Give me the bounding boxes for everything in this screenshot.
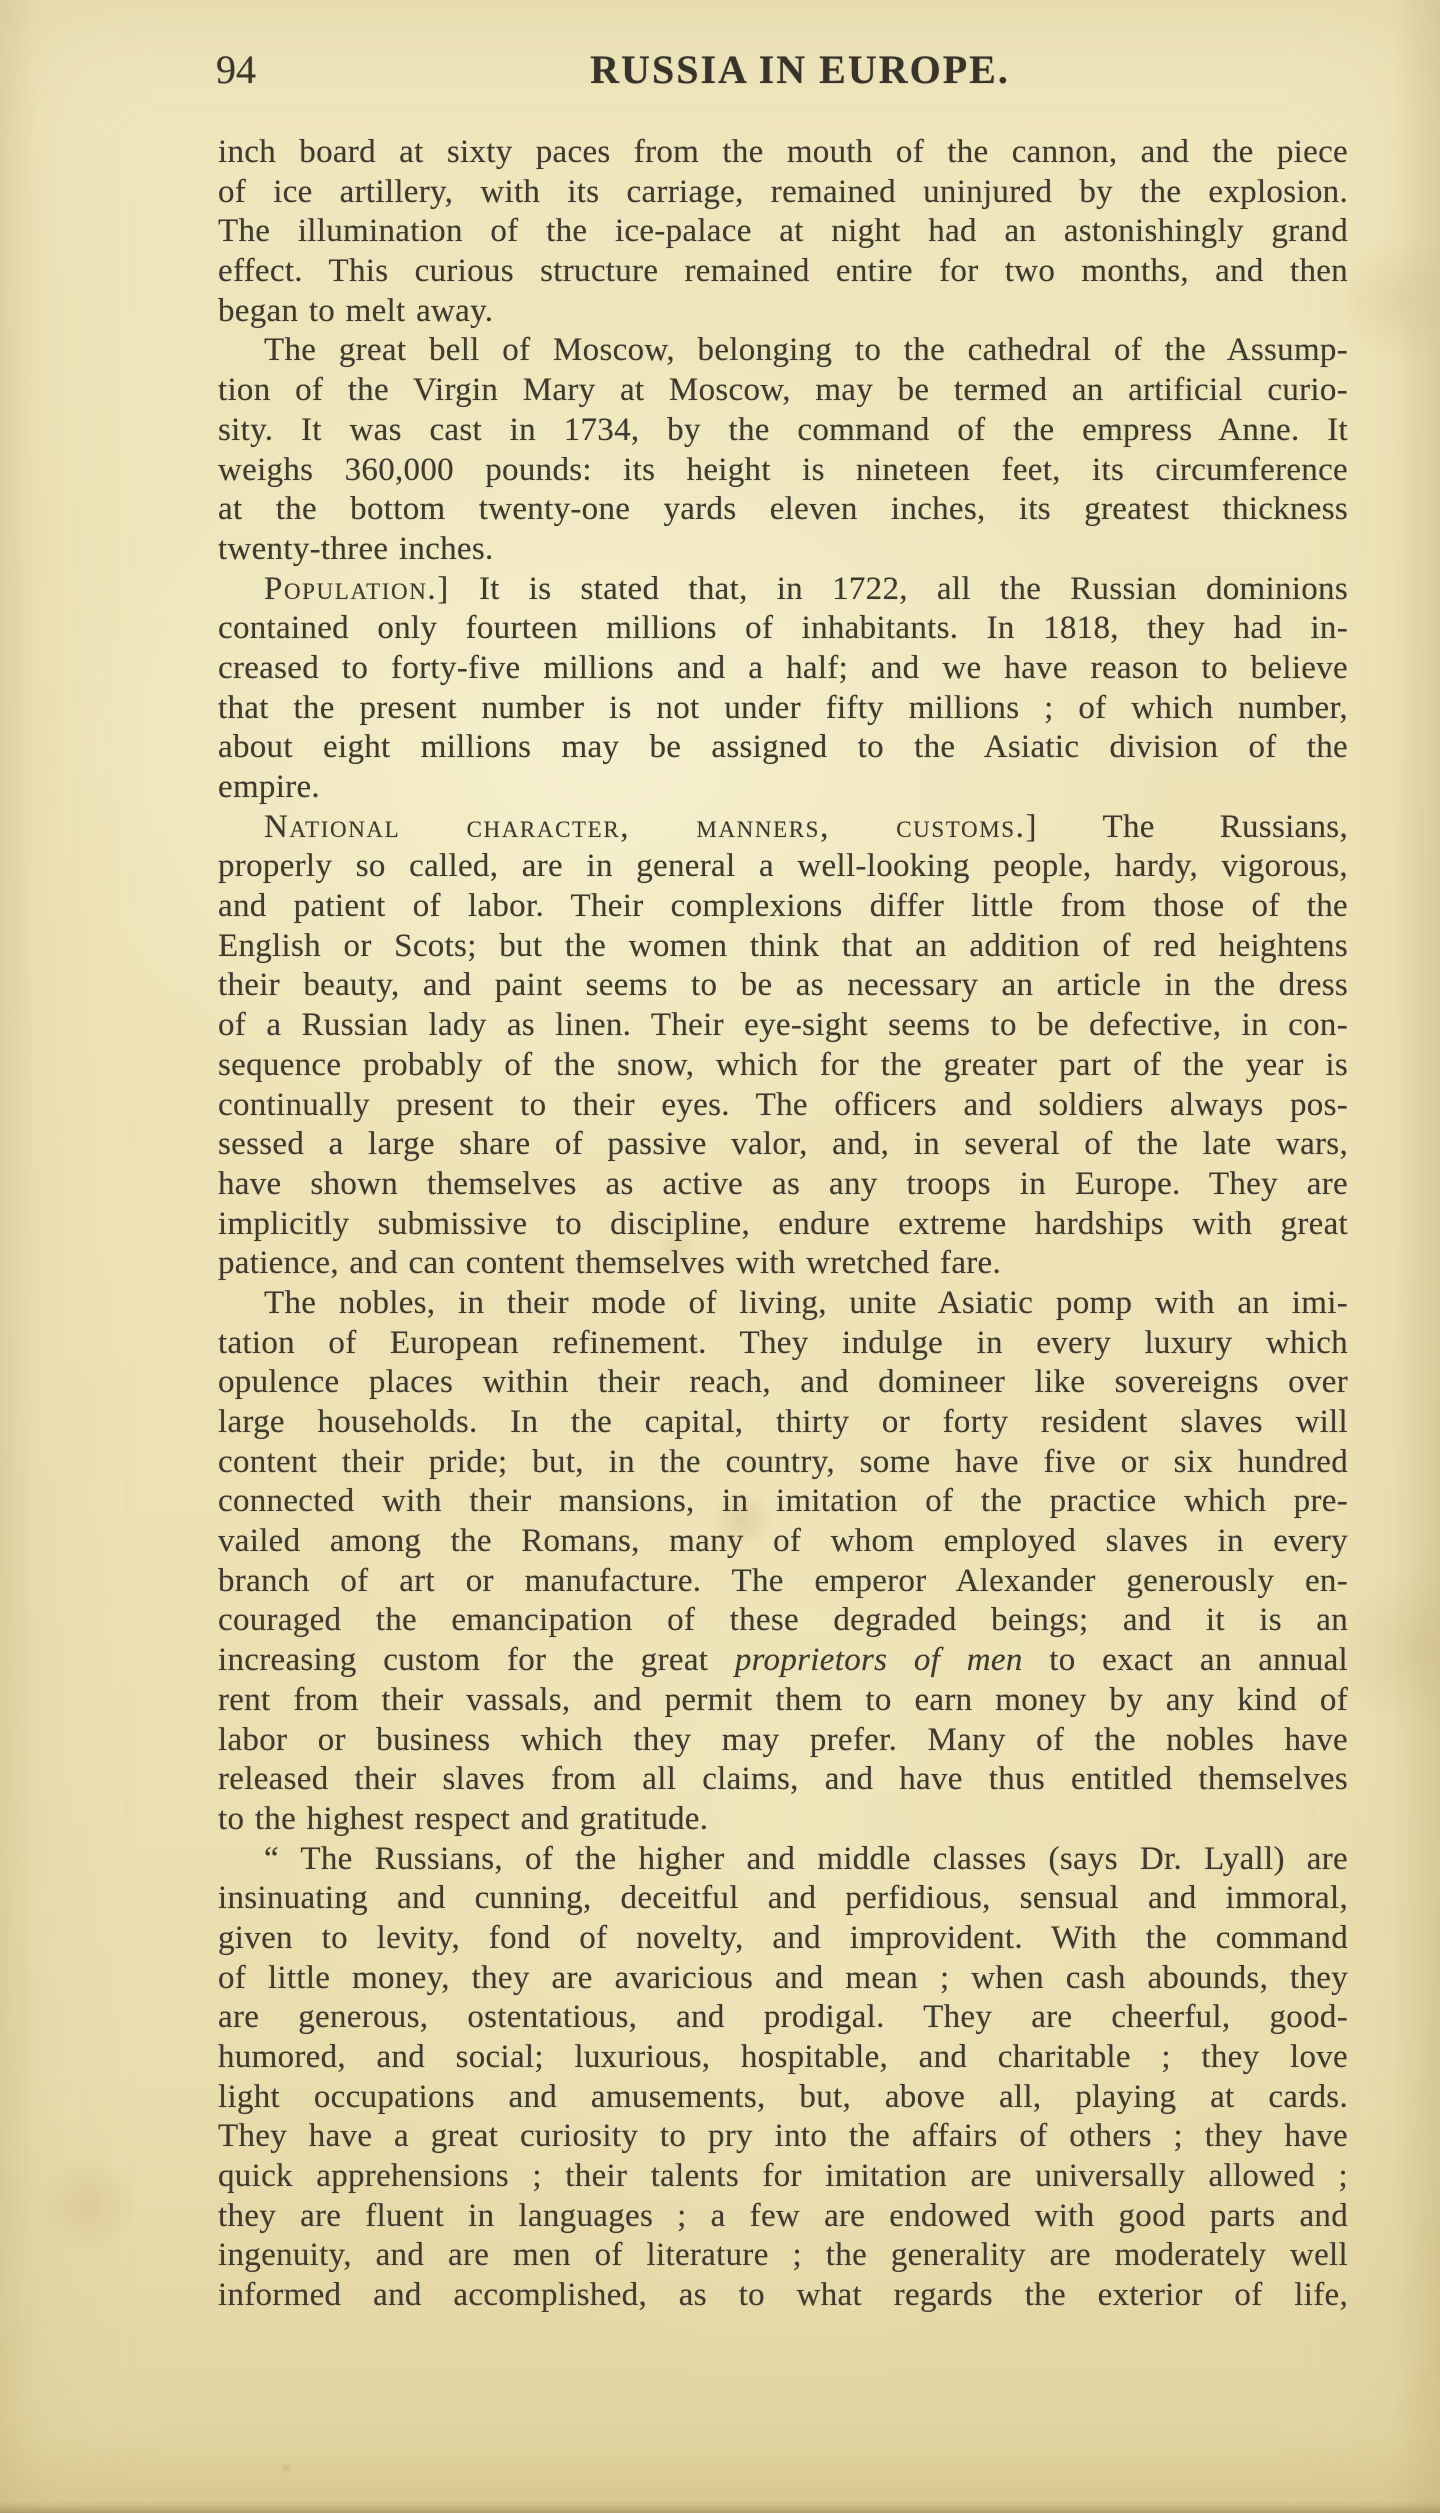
text-segment: empire. [218, 769, 320, 805]
text-line: of ice artillery, with its carriage, rem… [218, 173, 1348, 213]
text-segment: branch of art or manufacture. The empero… [218, 1563, 1348, 1599]
text-line: began to melt away. [218, 292, 1348, 332]
text-line: “ The Russians, of the higher and middle… [218, 1840, 1348, 1880]
text-segment: of ice artillery, with its carriage, rem… [218, 174, 1348, 210]
text-segment: ingenuity, and are men of literature ; t… [218, 2237, 1348, 2273]
text-segment: quick apprehensions ; their talents for … [218, 2158, 1348, 2194]
text-line: properly so called, are in general a wel… [218, 847, 1348, 887]
text-segment: vailed among the Romans, many of whom em… [218, 1523, 1348, 1559]
text-segment: insinuating and cunning, deceitful and p… [218, 1880, 1348, 1916]
text-line: of little money, they are avaricious and… [218, 1959, 1348, 1999]
text-segment: properly so called, are in general a wel… [218, 848, 1348, 884]
text-segment: increasing custom for the great [218, 1642, 735, 1678]
running-title: RUSSIA IN EUROPE. [590, 48, 1010, 92]
text-segment: couraged the emancipation of these degra… [218, 1602, 1348, 1638]
text-line: tion of the Virgin Mary at Moscow, may b… [218, 371, 1348, 411]
text-line: to the highest respect and gratitude. [218, 1800, 1348, 1840]
text-block: inch board at sixty paces from the mouth… [218, 133, 1348, 2316]
text-line: large households. In the capital, thirty… [218, 1403, 1348, 1443]
text-line: quick apprehensions ; their talents for … [218, 2157, 1348, 2197]
text-line: They have a great curiosity to pry into … [218, 2117, 1348, 2157]
text-line: informed and accomplished, as to what re… [218, 2276, 1348, 2316]
text-line: inch board at sixty paces from the mouth… [218, 133, 1348, 173]
italic-text: proprietors of men [735, 1642, 1023, 1678]
text-line: patience, and can content themselves wit… [218, 1244, 1348, 1284]
text-line: light occupations and amusements, but, a… [218, 2078, 1348, 2118]
text-line: about eight millions may be assigned to … [218, 728, 1348, 768]
text-segment: began to melt away. [218, 293, 493, 329]
text-segment: patience, and can content themselves wit… [218, 1245, 1001, 1281]
text-segment: and patient of labor. Their complexions … [218, 888, 1348, 924]
text-line: and patient of labor. Their complexions … [218, 887, 1348, 927]
text-segment: English or Scots; but the women think th… [218, 928, 1348, 964]
text-line: given to levity, fond of novelty, and im… [218, 1919, 1348, 1959]
text-segment: at the bottom twenty-one yards eleven in… [218, 491, 1348, 527]
text-segment: sequence probably of the snow, which for… [218, 1047, 1348, 1083]
text-segment: content their pride; but, in the country… [218, 1444, 1348, 1480]
paragraph: The great bell of Moscow, belonging to t… [218, 331, 1348, 569]
page-number: 94 [216, 50, 256, 90]
text-segment: sity. It was cast in 1734, by the comman… [218, 412, 1348, 448]
text-segment: twenty-three inches. [218, 531, 494, 567]
text-segment: humored, and social; luxurious, hospitab… [218, 2039, 1348, 2075]
text-segment: released their slaves from all claims, a… [218, 1761, 1348, 1797]
text-line: National character, manners, customs.] T… [218, 808, 1348, 848]
text-line: have shown themselves as active as any t… [218, 1165, 1348, 1205]
text-line: that the present number is not under fif… [218, 689, 1348, 729]
text-segment: They have a great curiosity to pry into … [218, 2118, 1348, 2154]
text-line: ingenuity, and are men of literature ; t… [218, 2236, 1348, 2276]
text-line: of a Russian lady as linen. Their eye-si… [218, 1006, 1348, 1046]
text-segment: inch board at sixty paces from the mouth… [218, 134, 1348, 170]
text-segment: “ The Russians, of the higher and middle… [264, 1841, 1348, 1877]
text-segment: their beauty, and paint seems to be as n… [218, 967, 1348, 1003]
text-line: continually present to their eyes. The o… [218, 1086, 1348, 1126]
paragraph: The nobles, in their mode of living, uni… [218, 1284, 1348, 1840]
text-line: humored, and social; luxurious, hospitab… [218, 2038, 1348, 2078]
text-segment: continually present to their eyes. The o… [218, 1087, 1348, 1123]
text-line: branch of art or manufacture. The empero… [218, 1562, 1348, 1602]
text-line: effect. This curious structure remained … [218, 252, 1348, 292]
text-segment: informed and accomplished, as to what re… [218, 2277, 1348, 2313]
text-segment: tion of the Virgin Mary at Moscow, may b… [218, 372, 1348, 408]
text-line: English or Scots; but the women think th… [218, 927, 1348, 967]
text-line: their beauty, and paint seems to be as n… [218, 966, 1348, 1006]
text-segment: The nobles, in their mode of living, uni… [264, 1285, 1348, 1321]
text-segment: light occupations and amusements, but, a… [218, 2079, 1348, 2115]
text-segment: contained only fourteen millions of inha… [218, 610, 1348, 646]
text-line: couraged the emancipation of these degra… [218, 1601, 1348, 1641]
text-segment: large households. In the capital, thirty… [218, 1404, 1348, 1440]
text-line: sity. It was cast in 1734, by the comman… [218, 411, 1348, 451]
text-segment: to the highest respect and gratitude. [218, 1801, 708, 1837]
text-line: content their pride; but, in the country… [218, 1443, 1348, 1483]
text-segment: that the present number is not under fif… [218, 690, 1348, 726]
text-segment: to exact an annual [1023, 1642, 1348, 1678]
text-line: sequence probably of the snow, which for… [218, 1046, 1348, 1086]
text-segment: It is stated that, in 1722, all the Russ… [450, 571, 1348, 607]
text-segment: given to levity, fond of novelty, and im… [218, 1920, 1348, 1956]
text-segment: sessed a large share of passive valor, a… [218, 1126, 1348, 1162]
text-line: sessed a large share of passive valor, a… [218, 1125, 1348, 1165]
paragraph: Population.] It is stated that, in 1722,… [218, 570, 1348, 808]
paragraph: National character, manners, customs.] T… [218, 808, 1348, 1284]
book-page: 94 RUSSIA IN EUROPE. inch board at sixty… [0, 0, 1440, 2513]
text-line: creased to forty-five millions and a hal… [218, 649, 1348, 689]
text-line: at the bottom twenty-one yards eleven in… [218, 490, 1348, 530]
text-segment: weighs 360,000 pounds: its height is nin… [218, 452, 1348, 488]
text-line: opulence places within their reach, and … [218, 1363, 1348, 1403]
smallcaps-text: Population.] [264, 571, 450, 607]
text-line: weighs 360,000 pounds: its height is nin… [218, 451, 1348, 491]
page-bottom-edge [0, 2501, 1440, 2513]
text-line: are generous, ostentatious, and prodigal… [218, 1998, 1348, 2038]
text-segment: labor or business which they may prefer.… [218, 1722, 1348, 1758]
text-line: insinuating and cunning, deceitful and p… [218, 1879, 1348, 1919]
text-line: vailed among the Romans, many of whom em… [218, 1522, 1348, 1562]
text-segment: of a Russian lady as linen. Their eye-si… [218, 1007, 1348, 1043]
text-line: connected with their mansions, in imitat… [218, 1482, 1348, 1522]
text-line: implicitly submissive to discipline, end… [218, 1205, 1348, 1245]
text-line: Population.] It is stated that, in 1722,… [218, 570, 1348, 610]
text-line: they are fluent in languages ; a few are… [218, 2197, 1348, 2237]
paragraph: inch board at sixty paces from the mouth… [218, 133, 1348, 331]
text-segment: rent from their vassals, and permit them… [218, 1682, 1348, 1718]
text-line: released their slaves from all claims, a… [218, 1760, 1348, 1800]
page-header: 94 RUSSIA IN EUROPE. [0, 0, 1440, 120]
text-segment: they are fluent in languages ; a few are… [218, 2198, 1348, 2234]
text-segment: of little money, they are avaricious and… [218, 1960, 1348, 1996]
text-line: tation of European refinement. They indu… [218, 1324, 1348, 1364]
text-line: The great bell of Moscow, belonging to t… [218, 331, 1348, 371]
text-segment: creased to forty-five millions and a hal… [218, 650, 1348, 686]
text-segment: are generous, ostentatious, and prodigal… [218, 1999, 1348, 2035]
text-line: labor or business which they may prefer.… [218, 1721, 1348, 1761]
text-segment: connected with their mansions, in imitat… [218, 1483, 1348, 1519]
text-segment: The Russians, [1038, 809, 1348, 845]
text-segment: The illumination of the ice-palace at ni… [218, 213, 1348, 249]
text-line: empire. [218, 768, 1348, 808]
text-segment: about eight millions may be assigned to … [218, 729, 1348, 765]
text-line: contained only fourteen millions of inha… [218, 609, 1348, 649]
paragraph: “ The Russians, of the higher and middle… [218, 1840, 1348, 2316]
text-line: increasing custom for the great propriet… [218, 1641, 1348, 1681]
text-line: twenty-three inches. [218, 530, 1348, 570]
text-segment: The great bell of Moscow, belonging to t… [264, 332, 1348, 368]
text-segment: implicitly submissive to discipline, end… [218, 1206, 1348, 1242]
text-segment: effect. This curious structure remained … [218, 253, 1348, 289]
text-segment: tation of European refinement. They indu… [218, 1325, 1348, 1361]
text-line: The nobles, in their mode of living, uni… [218, 1284, 1348, 1324]
smallcaps-text: National character, manners, customs.] [264, 809, 1038, 845]
text-line: The illumination of the ice-palace at ni… [218, 212, 1348, 252]
text-segment: have shown themselves as active as any t… [218, 1166, 1348, 1202]
text-segment: opulence places within their reach, and … [218, 1364, 1348, 1400]
text-line: rent from their vassals, and permit them… [218, 1681, 1348, 1721]
